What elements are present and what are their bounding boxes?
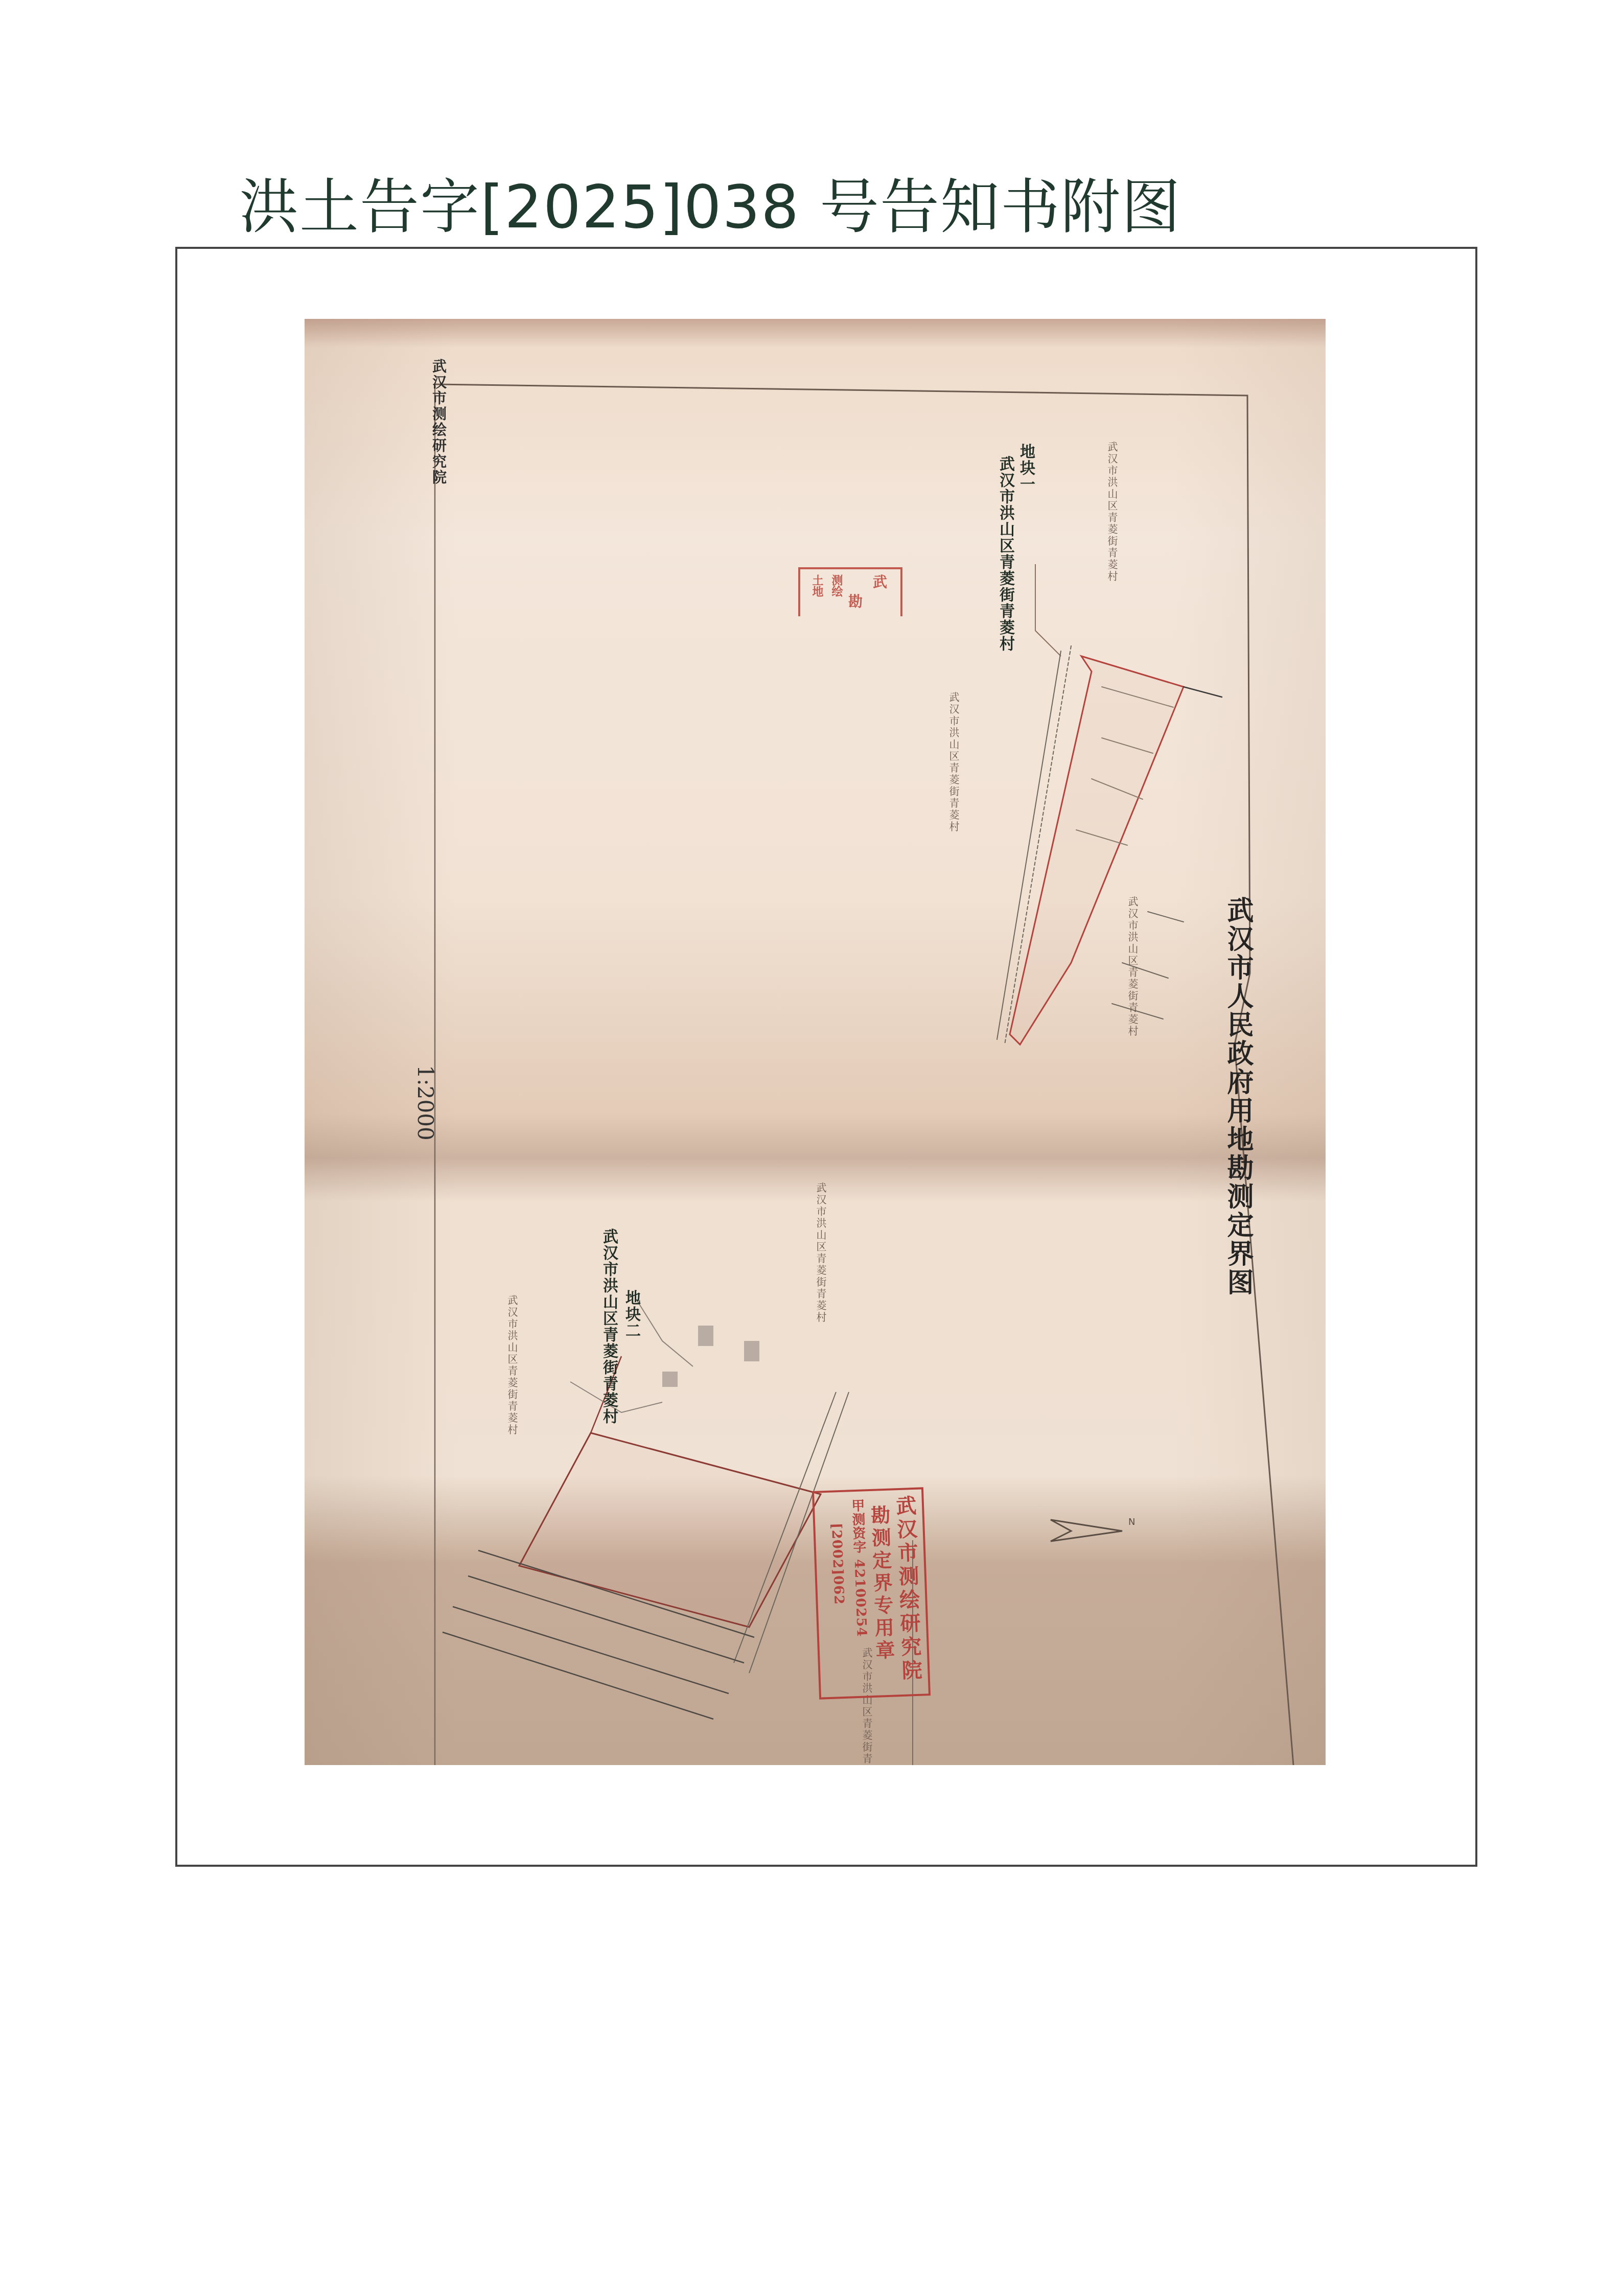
small-stamp-text: 武 <box>869 574 889 589</box>
survey-seal: 武汉市测绘研究院 勘测定界专用章 甲测资字 42100254 [2002]062 <box>812 1487 931 1699</box>
parcel-1-label: 地块一 <box>1018 444 1033 493</box>
small-stamp-text: 勘 <box>844 594 865 608</box>
seal-line: 勘测定界专用章 <box>869 1505 894 1663</box>
parcel-2-location: 武汉市洪山区青菱街青菱村 <box>601 1228 616 1425</box>
svg-text:N: N <box>1128 1517 1135 1527</box>
parcel-2-boundary <box>443 1300 849 1719</box>
parcel-2-label: 地块二 <box>623 1290 639 1339</box>
seal-line: 甲测资字 42100254 <box>850 1498 868 1637</box>
small-stamp-text: 测绘 <box>828 574 844 597</box>
institute-label: 武汉市测绘研究院 <box>431 359 446 485</box>
village-label: 武汉市洪山区青菱街青菱村 <box>1107 442 1117 583</box>
small-stamp-text: 土地 <box>809 574 825 597</box>
document-title: 洪土告字[2025]038 号告知书附图 <box>239 178 1181 237</box>
parcel-1-boundary <box>997 646 1222 1045</box>
survey-map-photo: 武汉市测绘研究院 武汉市人民政府用地勘测定界图 1:2000 地块一 武汉市洪山… <box>305 319 1326 1765</box>
small-stamp: 武 勘 测绘 土地 <box>798 567 902 616</box>
seal-line: [2002]062 <box>829 1523 846 1605</box>
village-label: 武汉市洪山区青菱街青菱村 <box>1127 896 1138 1037</box>
north-arrow-icon: N <box>1046 1510 1143 1545</box>
village-label: 武汉市洪山区青菱街青菱村 <box>507 1295 517 1436</box>
map-scale: 1:2000 <box>414 1065 436 1141</box>
map-title: 武汉市人民政府用地勘测定界图 <box>1224 896 1251 1297</box>
village-label: 武汉市洪山区青菱街青菱村 <box>948 692 959 833</box>
parcel-1-location: 武汉市洪山区青菱街青菱村 <box>998 456 1013 652</box>
village-label: 武汉市洪山区青菱街青菱村 <box>816 1182 826 1324</box>
seal-line: 武汉市测绘研究院 <box>894 1495 921 1683</box>
